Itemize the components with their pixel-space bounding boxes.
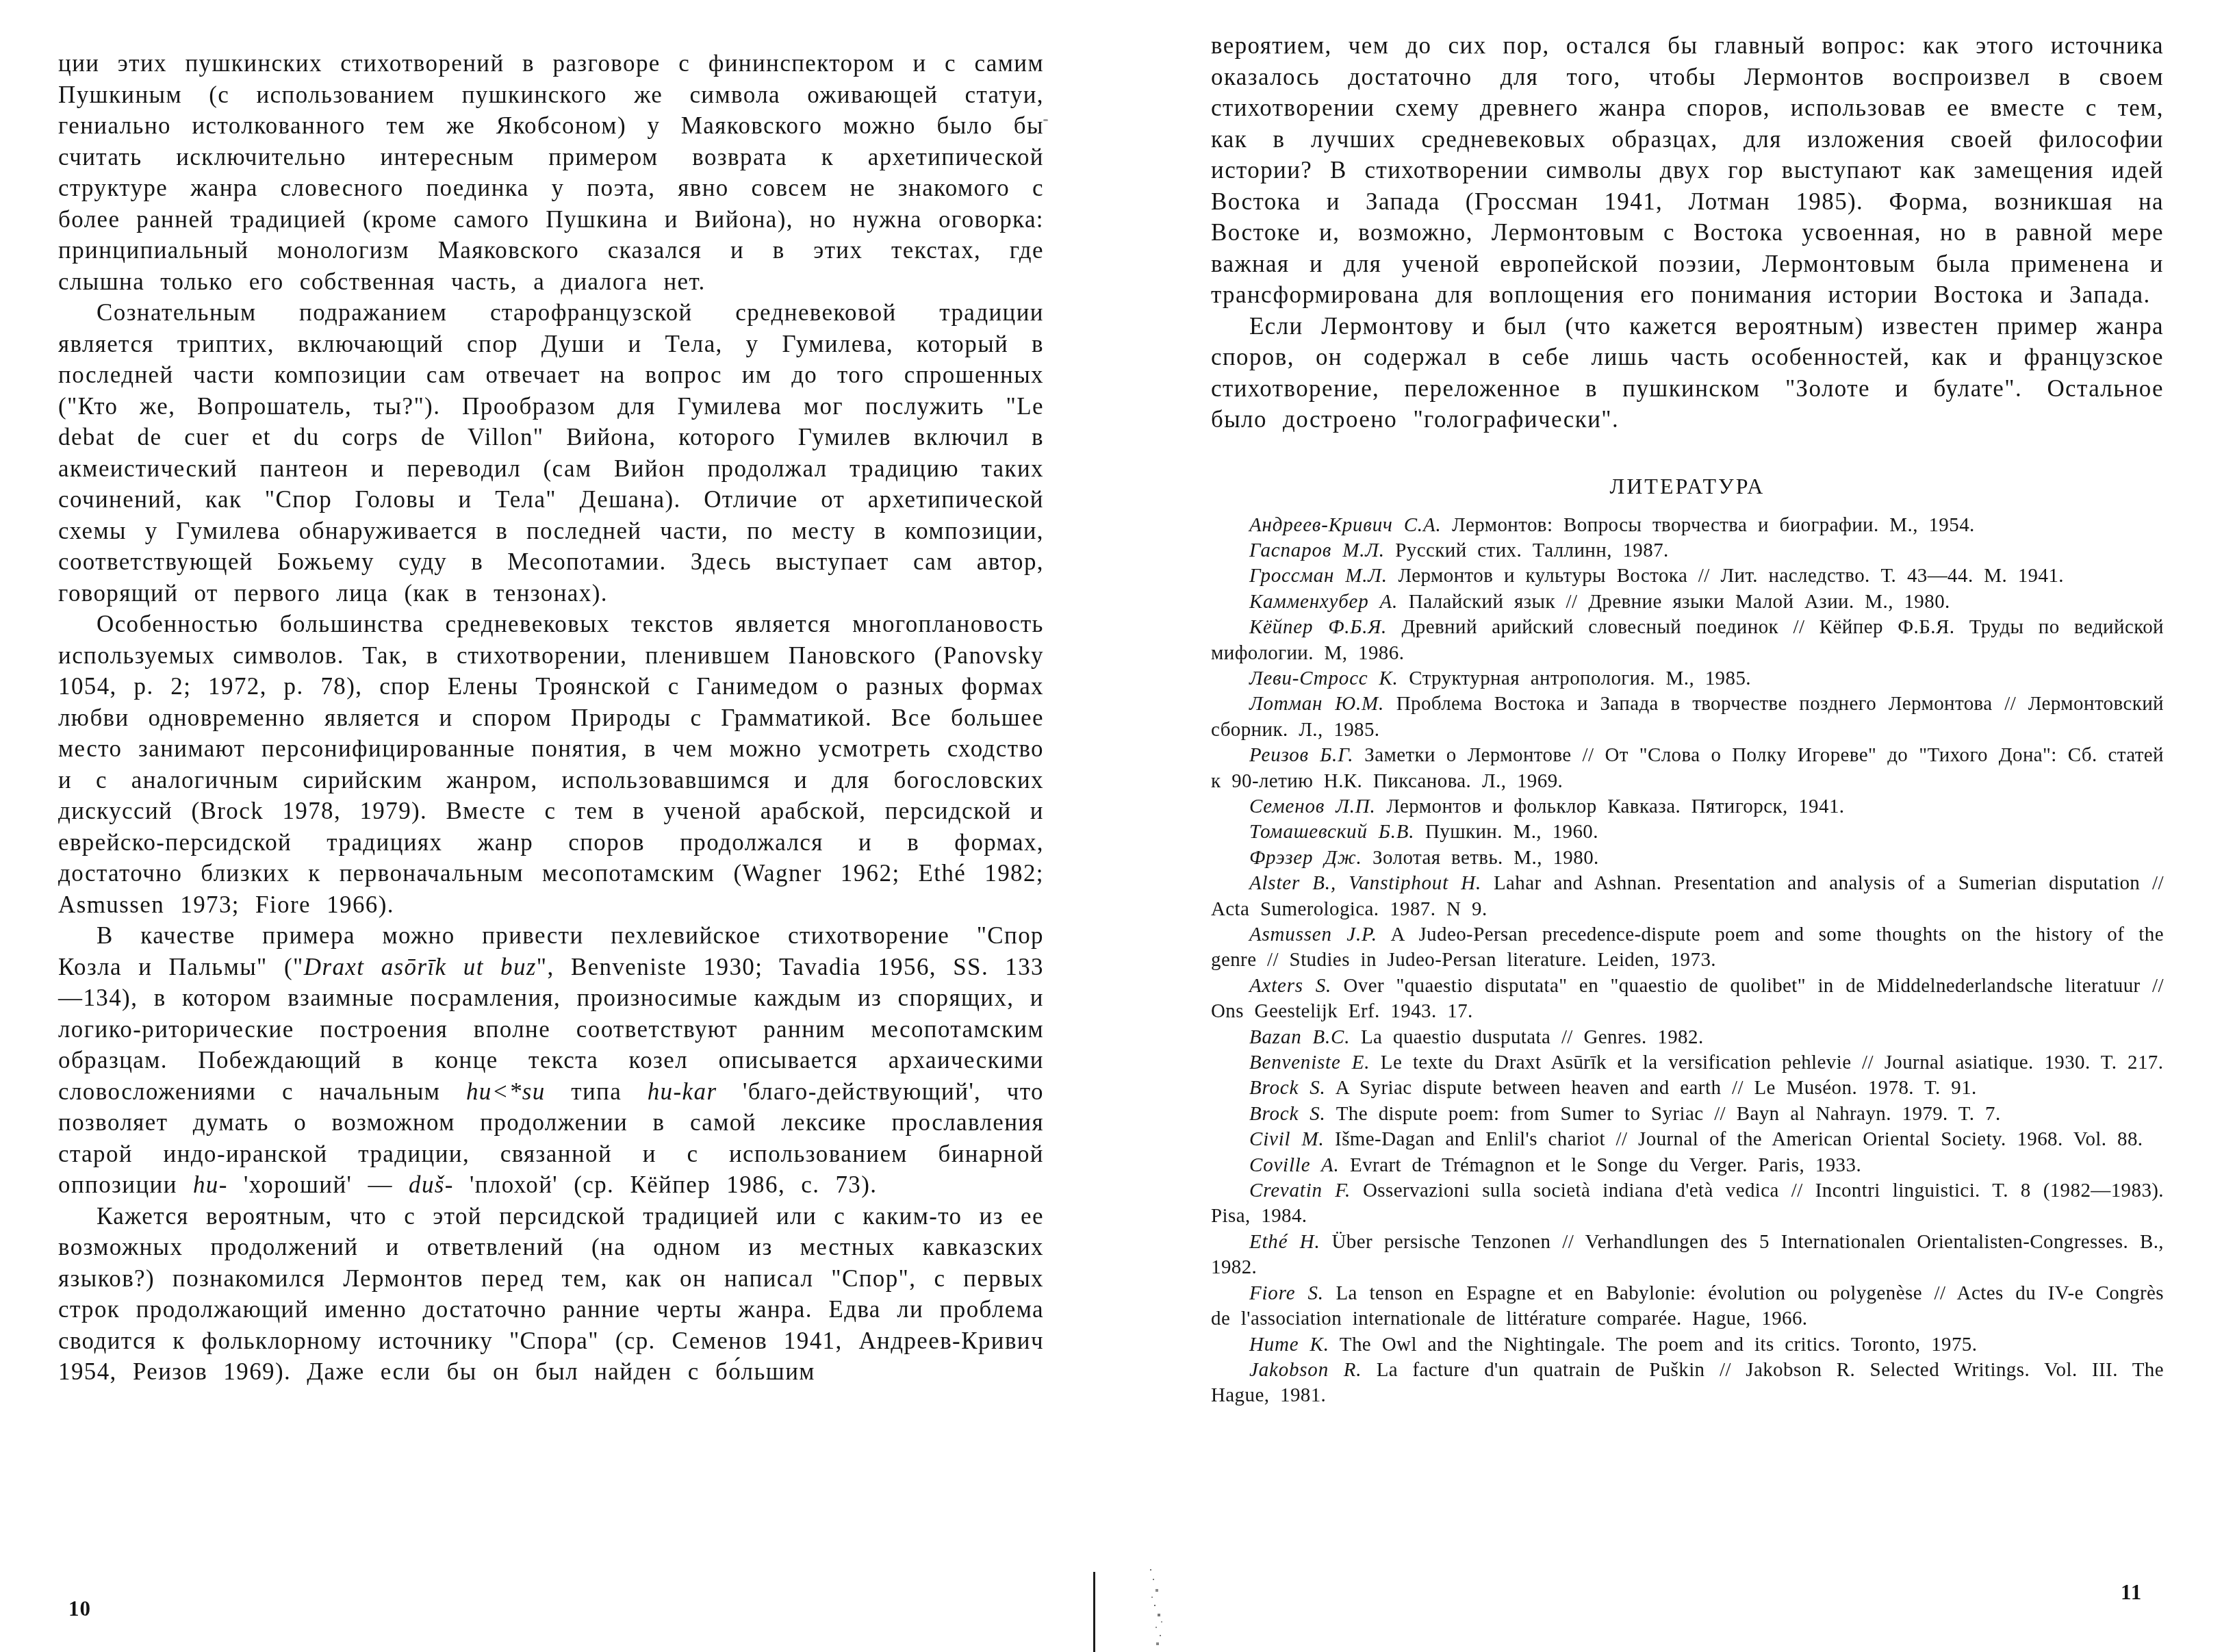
bib-entry: Камменхубер А. Палайский язык // Древние… <box>1211 589 2164 615</box>
bib-entry: Brock S. The dispute poem: from Sumer to… <box>1211 1102 2164 1127</box>
bib-entry: Civil M. Išme-Dagan and Enlil's chariot … <box>1211 1127 2164 1152</box>
bib-entry: Asmussen J.P. A Judeo-Persan precedence-… <box>1211 922 2164 974</box>
bib-entry: Реизов Б.Г. Заметки о Лермонтове // От "… <box>1211 743 2164 794</box>
bibliography-header: ЛИТЕРАТУРА <box>1211 474 2164 499</box>
bib-entry-author: Томашевский Б.В. <box>1249 821 1414 843</box>
bib-entry: Ethé H. Über persische Tenzonen // Verha… <box>1211 1230 2164 1281</box>
right-page-text: вероятием, чем до сих пор, остался бы гл… <box>1211 30 2164 435</box>
paragraph: Если Лермонтову и был (что кажется вероя… <box>1211 311 2164 435</box>
right-page-number: 11 <box>2121 1580 2142 1605</box>
bib-entry: Лотман Ю.М. Проблема Востока и Запада в … <box>1211 691 2164 743</box>
bib-entry-author: Семенов Л.П. <box>1249 796 1375 817</box>
bib-entry-author: Гаспаров М.Л. <box>1249 539 1385 561</box>
paragraph: Особенностью большинства средневековых т… <box>58 609 1044 920</box>
book-spread-scan: ции этих пушкинских стихотворений в разг… <box>0 0 2222 1652</box>
bib-entry-author: Axters S. <box>1249 975 1331 997</box>
bib-entry-author: Asmussen J.P. <box>1249 924 1377 945</box>
paragraph: Кажется вероятным, что с этой персидской… <box>58 1201 1044 1388</box>
bibliography-list: Андреев-Кривич С.А. Лермонтов: Вопросы т… <box>1211 513 2164 1409</box>
bib-entry: Benveniste E. Le texte du Draxt Asūrīk e… <box>1211 1050 2164 1076</box>
bib-entry-author: Камменхубер А. <box>1249 591 1398 613</box>
bib-entry: Леви-Стросс К. Структурная антропология.… <box>1211 666 2164 691</box>
bib-entry-author: Benveniste E. <box>1249 1052 1370 1073</box>
right-page: вероятием, чем до сих пор, остался бы гл… <box>1211 30 2164 1409</box>
italic-term: hu<*su <box>466 1078 546 1105</box>
bib-entry-author: Гроссман М.Л. <box>1249 565 1388 587</box>
bib-entry: Bazan B.C. La quaestio dusputata // Genr… <box>1211 1025 2164 1050</box>
left-page: ции этих пушкинских стихотворений в разг… <box>58 48 1044 1388</box>
bib-entry-author: Лотман Ю.М. <box>1249 693 1384 715</box>
bib-entry: Crevatin F. Osservazioni sulla società i… <box>1211 1178 2164 1230</box>
paragraph: В качестве примера можно привести пехлев… <box>58 920 1044 1201</box>
bib-entry-author: Ethé H. <box>1249 1231 1320 1253</box>
bib-entry-author: Crevatin F. <box>1249 1180 1351 1202</box>
bib-entry-author: Фрэзер Дж. <box>1249 847 1362 869</box>
bib-entry: Jakobson R. La facture d'un quatrain de … <box>1211 1358 2164 1409</box>
bib-entry: Fiore S. La tenson en Espagne et en Baby… <box>1211 1281 2164 1332</box>
bib-entry-author: Кёйпер Ф.Б.Я. <box>1249 616 1387 638</box>
paragraph: Сознательным подражанием старофранцузско… <box>58 297 1044 609</box>
bib-entry: Гроссман М.Л. Лермонтов и культуры Восто… <box>1211 563 2164 589</box>
bib-entry-author: Brock S. <box>1249 1077 1326 1099</box>
bib-entry-author: Bazan B.C. <box>1249 1026 1350 1048</box>
paragraph: вероятием, чем до сих пор, остался бы гл… <box>1211 30 2164 311</box>
bib-entry: Brock S. A Syriac dispute between heaven… <box>1211 1076 2164 1101</box>
bib-entry-author: Реизов Б.Г. <box>1249 744 1353 766</box>
bib-entry: Андреев-Кривич С.А. Лермонтов: Вопросы т… <box>1211 513 2164 538</box>
bib-entry-author: Brock S. <box>1249 1103 1326 1125</box>
paragraph: ции этих пушкинских стихотворений в разг… <box>58 48 1044 297</box>
bib-entry-author: Андреев-Кривич С.А. <box>1249 514 1441 536</box>
bib-entry-author: Fiore S. <box>1249 1282 1324 1304</box>
left-page-number: 10 <box>68 1597 91 1621</box>
bib-entry: Alster B., Vanstiphout H. Lahar and Ashn… <box>1211 871 2164 922</box>
gutter-divider-line <box>1093 1572 1095 1652</box>
bib-entry: Axters S. Over "quaestio disputata" en "… <box>1211 974 2164 1025</box>
italic-term: duš- <box>409 1171 454 1198</box>
italic-term: Draxt asōrīk ut buz <box>304 954 537 980</box>
italic-term: hu- <box>193 1171 228 1198</box>
italic-term: hu-kar <box>648 1078 717 1105</box>
bib-entry: Томашевский Б.В. Пушкин. М., 1960. <box>1211 819 2164 845</box>
bib-entry: Гаспаров М.Л. Русский стих. Таллинн, 198… <box>1211 538 2164 563</box>
bib-entry-author: Jakobson R. <box>1249 1359 1362 1381</box>
bib-entry: Семенов Л.П. Лермонтов и фольклор Кавказ… <box>1211 794 2164 819</box>
bib-entry-author: Coville A. <box>1249 1154 1339 1176</box>
bib-entry-author: Леви-Стросс К. <box>1249 668 1399 689</box>
bib-entry-author: Civil M. <box>1249 1128 1324 1150</box>
bib-entry: Hume K. The Owl and the Nightingale. The… <box>1211 1332 2164 1358</box>
left-page-text: ции этих пушкинских стихотворений в разг… <box>58 48 1044 1388</box>
bib-entry-author: Hume K. <box>1249 1334 1329 1356</box>
bib-entry-author: Alster B., Vanstiphout H. <box>1249 872 1481 894</box>
bib-entry: Coville A. Evrart de Trémagnon et le Son… <box>1211 1153 2164 1178</box>
bib-entry: Фрэзер Дж. Золотая ветвь. М., 1980. <box>1211 846 2164 871</box>
scan-smudge-artifact <box>1150 1569 1151 1571</box>
bib-entry: Кёйпер Ф.Б.Я. Древний арийский словесный… <box>1211 615 2164 666</box>
scan-speck-artifact <box>1043 119 1048 121</box>
